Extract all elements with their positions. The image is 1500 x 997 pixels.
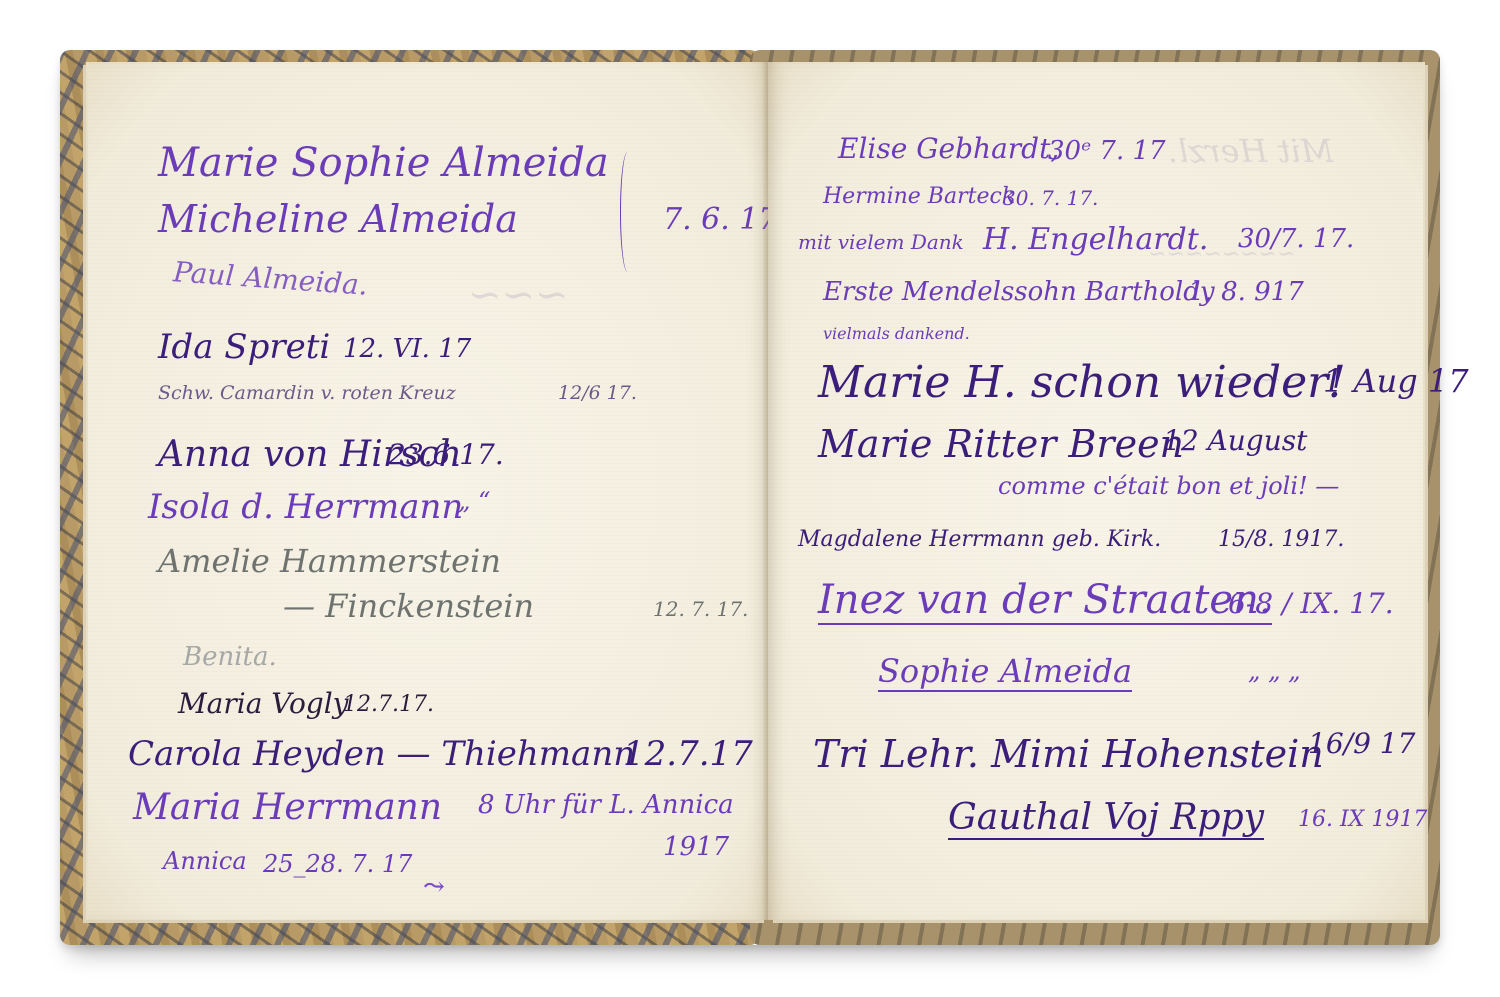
date-entry: 30. 7. 17.	[1003, 186, 1098, 210]
note-mit-vielem-dank: mit vielem Dank	[798, 230, 964, 254]
date-entry: 30/7. 17.	[1238, 224, 1354, 254]
signature-inez-van-der-straaten: Inez van der Straaten.	[818, 577, 1272, 625]
signature-h-engelhardt: H. Engelhardt.	[983, 222, 1208, 257]
signature-mimi-hohenstein: Tri Lehr. Mimi Hohenstein	[813, 732, 1324, 776]
ditto-marks: „ “	[458, 487, 490, 515]
note-vielmals-dankend: vielmals dankend.	[823, 324, 970, 343]
signature-marie-sophie-almeida: Marie Sophie Almeida	[158, 140, 609, 186]
signature-isola-herrmann: Isola d. Herrmann	[148, 487, 463, 527]
grouping-bracket	[620, 152, 635, 272]
left-page: ~~~ Marie Sophie Almeida Micheline Almei…	[88, 62, 769, 920]
signature-finckenstein: — Finckenstein	[283, 587, 534, 625]
ditto-marks: „ „ „	[1248, 657, 1301, 685]
note-comme-cetait-bon: comme c'était bon et joli! —	[998, 472, 1339, 500]
right-page: Mit Herzl. ~~~~~~~~ ~~~~~ Elise Gebhardt…	[768, 62, 1423, 920]
signature-carola-heyden-thiehmann: Carola Heyden — Thiehmann	[128, 734, 635, 774]
signature-amelie-hammerstein: Amelie Hammerstein	[158, 542, 501, 580]
date-entry: 6-8 / IX. 17.	[1228, 587, 1394, 620]
signature-magdalene-herrmann: Magdalene Herrmann geb. Kirk.	[798, 527, 1161, 552]
date-entry: 30ᵉ 7. 17	[1048, 136, 1166, 166]
date-entry: 12. VI. 17	[343, 334, 471, 364]
signature-benita: Benita.	[183, 642, 277, 672]
signature-hermine-barteck: Hermine Barteck	[823, 184, 1015, 209]
signature-micheline-almeida: Micheline Almeida	[158, 197, 518, 241]
note-annica: 8 Uhr für L. Annica	[478, 790, 734, 820]
signature-camardin: Schw. Camardin v. roten Kreuz	[158, 382, 456, 404]
date-entry: 25_28. 7. 17	[263, 850, 412, 878]
year-1917: 1917	[663, 832, 729, 862]
signature-annica: Annica	[163, 847, 247, 875]
date-entry: 12. 7. 17.	[653, 597, 748, 621]
signature-maria-vogly: Maria Vogly	[178, 687, 349, 720]
signature-marie-ritter-breen: Marie Ritter Breen	[818, 422, 1184, 466]
date-entry: 23.6.17.	[388, 438, 504, 471]
date-entry: 15/8. 1917.	[1218, 527, 1344, 552]
date-entry: 12 August	[1163, 424, 1307, 457]
date-entry: 16/9 17	[1308, 727, 1415, 760]
signature-gauthal-voj: Gauthal Voj Rppy	[948, 797, 1264, 840]
date-entry: 12/6 17.	[558, 382, 637, 404]
date-entry: 1. 8. 917	[1188, 277, 1304, 307]
open-guestbook: ~~~ Marie Sophie Almeida Micheline Almei…	[60, 50, 1440, 945]
signature-marie-h: Marie H. schon wieder!	[818, 357, 1346, 408]
signature-elise-gebhardt: Elise Gebhardt,	[838, 132, 1059, 165]
date-entry: 1 Aug 17	[1323, 362, 1469, 400]
show-through-ink: Mit Herzl.	[1168, 132, 1333, 170]
date-entry: 12.7.17.	[343, 692, 434, 717]
ink-flourish-mark: ⤳	[423, 872, 445, 902]
show-through-ink: ~~~	[468, 272, 569, 318]
signature-maria-herrmann: Maria Herrmann	[133, 787, 442, 828]
signature-paul-almeida: Paul Almeida.	[172, 255, 369, 302]
date-entry: 16. IX 1917	[1298, 807, 1427, 832]
date-entry: 12.7.17	[623, 734, 753, 774]
signature-mendelssohn-bartholdy: Erste Mendelssohn Bartholdy	[823, 277, 1215, 307]
signature-sophie-almeida: Sophie Almeida	[878, 652, 1132, 692]
signature-ida-spreti: Ida Spreti	[158, 327, 330, 367]
